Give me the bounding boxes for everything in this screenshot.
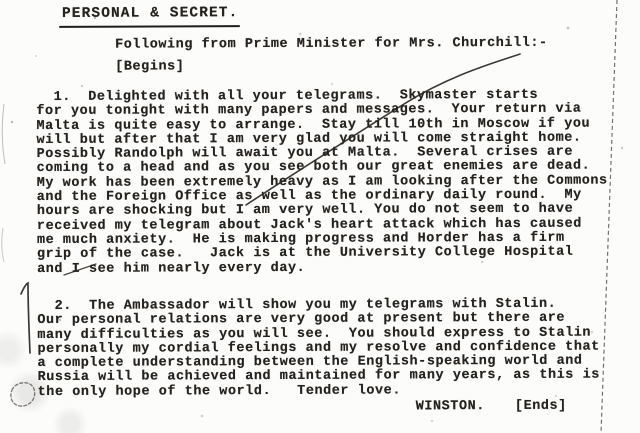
signature-name: WINSTON. [416,400,485,415]
scanned-telegram-document: { "colors": { "paper": "#fcfcfa", "ink":… [0,0,640,433]
ends-marker: [Ends] [515,400,567,415]
top-edge-dash-marks: - - - - - [188,0,316,3]
classification-underline [59,25,240,28]
paragraph-1: 1. Delighted with all your telegrams. Sk… [36,89,608,277]
classification-heading: PERSONAL & SECRET. [62,6,238,21]
intro-line: Following from Prime Minister for Mrs. C… [115,37,548,53]
signature-row: WINSTON. [Ends] [416,400,567,415]
begins-marker: [Begins] [115,60,184,75]
typed-text-layer: - - - - - PERSONAL & SECRET. Following f… [0,0,640,433]
paragraph-2: 2. The Ambassador will show you my teleg… [37,298,600,401]
